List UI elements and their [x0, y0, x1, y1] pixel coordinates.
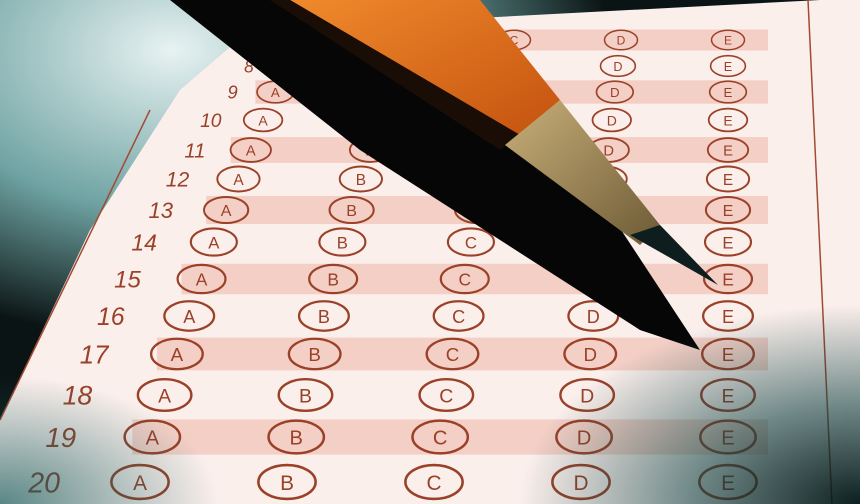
svg-text:E: E: [723, 144, 733, 160]
question-number: 9: [227, 82, 237, 103]
svg-text:B: B: [356, 172, 366, 189]
question-number: 17: [80, 341, 110, 369]
svg-text:A: A: [221, 202, 232, 220]
svg-text:C: C: [439, 385, 453, 407]
svg-text:D: D: [607, 112, 617, 128]
svg-text:D: D: [580, 385, 594, 407]
svg-text:B: B: [299, 385, 312, 407]
svg-text:A: A: [183, 307, 196, 327]
row-stripe: [182, 264, 768, 294]
svg-text:E: E: [722, 307, 734, 327]
question-number: 13: [149, 198, 174, 223]
svg-text:D: D: [617, 34, 626, 48]
svg-text:A: A: [196, 270, 208, 290]
svg-text:E: E: [723, 172, 733, 189]
svg-text:A: A: [146, 428, 160, 450]
question-number: 18: [63, 381, 93, 411]
svg-text:A: A: [233, 172, 244, 189]
svg-text:A: A: [271, 85, 280, 100]
question-number: 20: [27, 467, 60, 499]
svg-text:D: D: [573, 472, 588, 495]
svg-text:C: C: [465, 233, 477, 252]
svg-text:A: A: [171, 344, 184, 365]
svg-text:C: C: [426, 472, 441, 495]
svg-text:A: A: [246, 144, 256, 160]
photo-scene: 7ABCDE8ABCDE9ABCDE10ABCDE11ABCDE12ABCDE1…: [0, 0, 860, 504]
svg-text:E: E: [722, 270, 734, 290]
svg-text:B: B: [290, 428, 303, 450]
answer-row: 19ABCDE: [45, 419, 768, 454]
question-number: 16: [97, 303, 125, 331]
svg-text:A: A: [208, 233, 220, 252]
svg-text:E: E: [723, 112, 732, 128]
svg-text:E: E: [722, 233, 733, 252]
svg-text:B: B: [318, 307, 330, 327]
svg-text:C: C: [458, 270, 471, 290]
svg-text:B: B: [327, 270, 339, 290]
svg-text:D: D: [583, 344, 597, 365]
svg-text:D: D: [613, 60, 622, 74]
question-number: 11: [184, 140, 205, 162]
answer-row: 17ABCDE: [80, 338, 768, 371]
svg-text:C: C: [446, 344, 460, 365]
answer-row: 15ABCDE: [114, 264, 768, 294]
row-stripe: [132, 419, 768, 454]
svg-text:A: A: [133, 472, 147, 495]
question-number: 12: [166, 169, 190, 192]
svg-text:A: A: [258, 112, 268, 128]
svg-text:D: D: [577, 428, 592, 450]
row-stripe: [157, 338, 768, 371]
svg-text:B: B: [308, 344, 321, 365]
svg-text:A: A: [158, 385, 171, 407]
svg-text:E: E: [724, 85, 733, 100]
question-number: 19: [45, 422, 76, 453]
svg-text:B: B: [337, 233, 348, 252]
question-number: 15: [114, 267, 141, 294]
svg-text:E: E: [722, 344, 735, 365]
question-number: 10: [200, 111, 222, 132]
svg-text:B: B: [280, 472, 294, 495]
svg-text:E: E: [722, 385, 735, 407]
svg-text:D: D: [610, 85, 620, 100]
svg-text:E: E: [721, 428, 734, 450]
svg-text:B: B: [346, 202, 357, 220]
svg-text:E: E: [723, 202, 734, 220]
svg-text:E: E: [721, 472, 735, 495]
answer-sheet: 7ABCDE8ABCDE9ABCDE10ABCDE11ABCDE12ABCDE1…: [0, 0, 860, 504]
svg-text:E: E: [724, 34, 732, 48]
svg-text:C: C: [452, 307, 465, 327]
svg-text:E: E: [724, 60, 732, 74]
question-number: 14: [131, 229, 157, 255]
svg-text:D: D: [587, 307, 600, 327]
svg-text:C: C: [433, 428, 448, 450]
